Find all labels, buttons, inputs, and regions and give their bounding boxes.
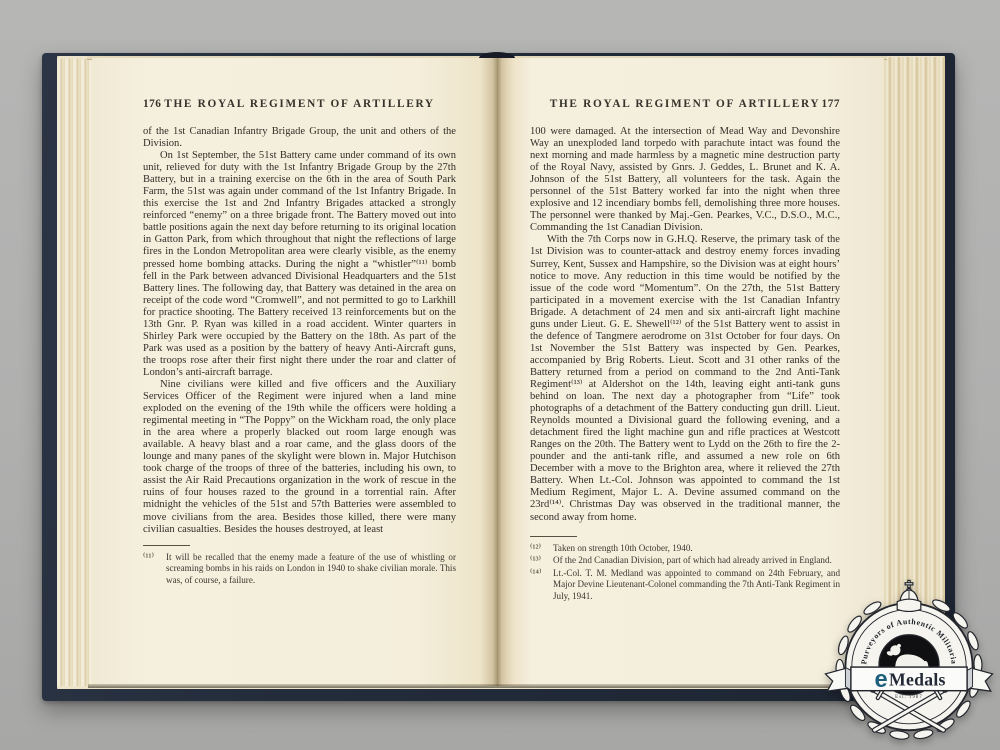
footnote: ⁽¹²⁾ Taken on strength 10th October, 194… (530, 543, 840, 555)
fore-edge-left (57, 59, 94, 686)
bottom-edge (88, 684, 888, 688)
right-body-text: 100 were damaged. At the intersection of… (530, 126, 840, 524)
photo-background: 176 THE ROYAL REGIMENT OF ARTILLERY of t… (0, 0, 1000, 750)
footnote-text: Of the 2nd Canadian Division, part of wh… (553, 555, 840, 567)
left-page: 176 THE ROYAL REGIMENT OF ARTILLERY of t… (92, 58, 497, 686)
right-page-content: 100 were damaged. At the intersection of… (530, 126, 840, 603)
right-footnotes: ⁽¹²⁾ Taken on strength 10th October, 194… (530, 536, 840, 603)
established-text: Est. 1987 (895, 695, 923, 700)
left-page-content: of the 1st Canadian Infantry Brigade Gro… (143, 126, 456, 586)
left-page-number: 176 (143, 98, 161, 110)
right-running-title: THE ROYAL REGIMENT OF ARTILLERY (530, 98, 840, 110)
right-running-head: THE ROYAL REGIMENT OF ARTILLERY 177 (530, 98, 840, 113)
right-page-number: 177 (822, 98, 840, 110)
brand-e-text: e (874, 667, 887, 693)
paragraph: With the 7th Corps now in G.H.Q. Reserve… (530, 234, 840, 523)
emedals-watermark-badge: Purveyors of Authentic Militaria (818, 574, 1000, 742)
footnote-marker: ⁽¹⁴⁾ (530, 568, 553, 603)
paragraph: Nine civilians were killed and five offi… (143, 379, 456, 536)
footnote-marker: ⁽¹²⁾ (530, 543, 553, 555)
footnote: ⁽¹³⁾ Of the 2nd Canadian Division, part … (530, 555, 840, 567)
footnote-text: It will be recalled that the enemy made … (166, 552, 456, 587)
left-body-text: of the 1st Canadian Infantry Brigade Gro… (143, 126, 456, 536)
crown-icon (897, 580, 921, 611)
left-footnotes: ⁽¹¹⁾ It will be recalled that the enemy … (143, 545, 456, 587)
paragraph: 100 were damaged. At the intersection of… (530, 126, 840, 234)
paragraph: On 1st September, the 51st Battery came … (143, 150, 456, 379)
footnote-text: Lt.-Col. T. M. Medland was appointed to … (553, 568, 840, 603)
footnote-rule (143, 545, 190, 546)
footnote-marker: ⁽¹¹⁾ (143, 552, 166, 587)
left-running-title: THE ROYAL REGIMENT OF ARTILLERY (143, 98, 456, 110)
footnote: ⁽¹⁴⁾ Lt.-Col. T. M. Medland was appointe… (530, 568, 840, 603)
footnote: ⁽¹¹⁾ It will be recalled that the enemy … (143, 552, 456, 587)
brand-medals-text: Medals (889, 670, 946, 690)
footnote-rule (530, 536, 577, 537)
footnote-text: Taken on strength 10th October, 1940. (553, 543, 840, 555)
left-running-head: 176 THE ROYAL REGIMENT OF ARTILLERY (143, 98, 456, 113)
paragraph: of the 1st Canadian Infantry Brigade Gro… (143, 126, 456, 150)
footnote-marker: ⁽¹³⁾ (530, 555, 553, 567)
